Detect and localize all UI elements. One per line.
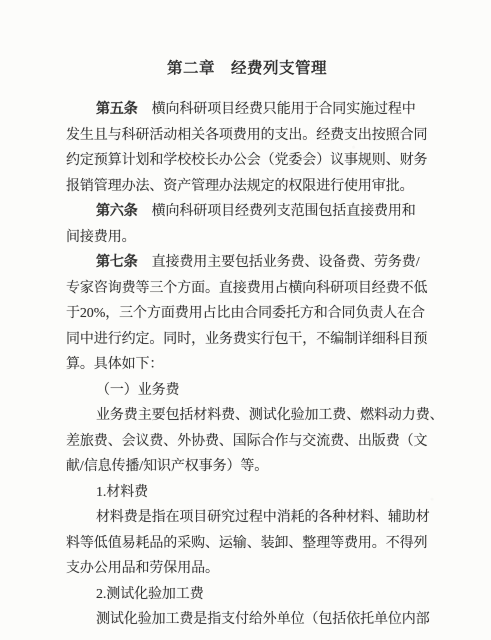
line-text: 献/信息传播/知识产权事务）等。 [66,459,268,474]
line-text: 材料费是指在项目研究过程中消耗的各种材料、辅助材 [96,510,430,525]
article-number-label: 第六条 [96,204,138,219]
page-content: 第二章 经费列支管理 第五条 横向科研项目经费只能用于合同实施过程中发生且与科研… [66,0,428,633]
line-text: 约定预算计划和学校校长办公会（党委会）议事规则、财务 [66,153,427,168]
paragraph-line: 支办公用品和劳保用品。 [66,556,428,582]
paragraph-line: 约定预算计划和学校校长办公会（党委会）议事规则、财务 [66,148,428,174]
paragraph-first-line: 业务费主要包括材料费、测试化验加工费、燃料动力费、 [66,403,428,429]
line-text: 料等低值易耗品的采购、运输、装卸、整理等费用。不得列 [66,536,427,551]
line-text: 横向科研项目经费列支范围包括直接费用和 [138,204,416,219]
paragraph-line: 发生且与科研活动相关各项费用的支出。经费支出按照合同 [66,123,428,149]
line-text: 测试化验加工费是指支付给外单位（包括依托单位内部 [96,612,430,627]
paragraph-line: 报销管理办法、资产管理办法规定的权限进行使用审批。 [66,174,428,200]
line-text: 横向科研项目经费只能用于合同实施过程中 [138,102,416,117]
paragraph-first-line: 1.材料费 [66,480,428,506]
chapter-title: 第二章 经费列支管理 [66,59,428,79]
line-text: 报销管理办法、资产管理办法规定的权限进行使用审批。 [66,179,414,194]
paragraph-first-line: 2.测试化验加工费 [66,582,428,608]
line-text: 直接费用主要包括业务费、设备费、劳务费/ [138,255,420,270]
line-text: 专家咨询费等三个方面。直接费用占横向科研项目经费不低 [66,281,427,296]
paragraph-first-line: （一）业务费 [66,378,428,404]
paragraph-line: 同中进行约定。同时，业务费实行包干，不编制详细科目预 [66,327,428,353]
line-text: 2.测试化验加工费 [96,587,204,602]
paragraph-line: 专家咨询费等三个方面。直接费用占横向科研项目经费不低 [66,276,428,302]
paragraph-line: 算。具体如下： [66,352,428,378]
line-text: 间接费用。 [66,230,136,245]
line-text: 发生且与科研活动相关各项费用的支出。经费支出按照合同 [66,128,427,143]
line-text: （一）业务费 [96,383,179,398]
line-text: 支办公用品和劳保用品。 [66,561,219,576]
article-number-label: 第五条 [96,102,138,117]
paragraph-line: 间接费用。 [66,225,428,251]
paragraph-first-line: 第五条 横向科研项目经费只能用于合同实施过程中 [66,97,428,123]
paragraph-line: 于20%，三个方面费用占比由合同委托方和合同负责人在合 [66,301,428,327]
paragraph-line: 料等低值易耗品的采购、运输、装卸、整理等费用。不得列 [66,531,428,557]
line-text: 算。具体如下： [66,357,163,372]
document-body: 第五条 横向科研项目经费只能用于合同实施过程中发生且与科研活动相关各项费用的支出… [66,97,428,633]
paragraph-line: 献/信息传播/知识产权事务）等。 [66,454,428,480]
line-text: 1.材料费 [96,485,148,500]
paragraph-first-line: 第七条 直接费用主要包括业务费、设备费、劳务费/ [66,250,428,276]
paragraph-line: 差旅费、会议费、外协费、国际合作与交流费、出版费（文 [66,429,428,455]
paragraph-first-line: 第六条 横向科研项目经费列支范围包括直接费用和 [66,199,428,225]
paragraph-first-line: 材料费是指在项目研究过程中消耗的各种材料、辅助材 [66,505,428,531]
line-text: 同中进行约定。同时，业务费实行包干，不编制详细科目预 [66,332,427,347]
line-text: 差旅费、会议费、外协费、国际合作与交流费、出版费（文 [66,434,427,449]
line-text: 于20%，三个方面费用占比由合同委托方和合同负责人在合 [66,306,425,321]
article-number-label: 第七条 [96,255,138,270]
paragraph-first-line: 测试化验加工费是指支付给外单位（包括依托单位内部 [66,607,428,633]
line-text: 业务费主要包括材料费、测试化验加工费、燃料动力费、 [96,408,444,423]
document-page: 第二章 经费列支管理 第五条 横向科研项目经费只能用于合同实施过程中发生且与科研… [0,0,491,640]
